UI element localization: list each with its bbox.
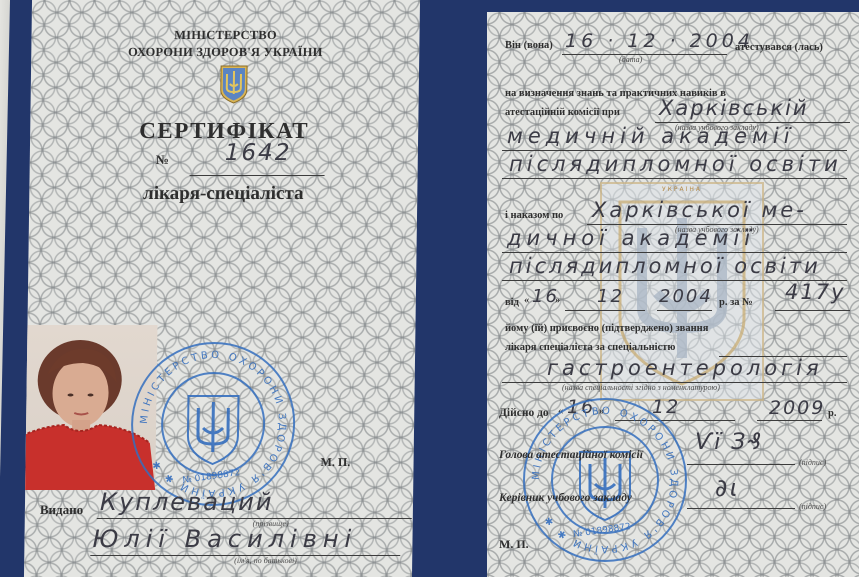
valid-year-underline (757, 420, 822, 421)
institution-head-signature: ∂ɩ (715, 474, 741, 502)
signature-hint-1: (підпис) (799, 458, 826, 467)
attest-date-underline (562, 54, 727, 55)
official-stamp-right: МІНІСТЕРСТВО ОХОРОНИ ЗДОРОВ'Я УКРАЇНИ ✱ … (523, 398, 687, 562)
holder-name: Юлії Василівні (92, 525, 357, 553)
order-year: 2004 (659, 286, 713, 307)
order-number-underline (775, 310, 850, 311)
certificate-number: 1642 (225, 140, 292, 166)
commission-head-label: Голова атестаційної комісії (499, 449, 643, 461)
specialty-hint: (назва спеціальності згідно з номенклату… (562, 383, 720, 392)
attested-label: атестувався (лась) (735, 42, 823, 53)
order-month-underline (565, 310, 645, 311)
order-from-label: від (505, 297, 519, 308)
number-label: № (156, 152, 169, 168)
ministry-line-1: МІНІСТЕРСТВО (31, 28, 419, 43)
commission-label: атестаційній комісії при (505, 107, 620, 118)
order-number-label: р. за № (719, 297, 753, 308)
specialist-label: лікаря спеціаліста за спеціальністю (505, 342, 675, 353)
institution-head-signature-line (687, 508, 795, 509)
order-label: і наказом по (505, 210, 563, 221)
date-hint: (дата) (619, 55, 642, 64)
certificate-subtitle: лікаря-спеціаліста (29, 183, 417, 205)
institution-head-label: Керівник учбового закладу (499, 492, 632, 504)
issued-label: Видано (40, 502, 83, 518)
name-hint: (ім'я, по батькові) (234, 556, 297, 565)
seal-place-label: М. П. (320, 455, 350, 470)
ministry-line-2: ОХОРОНИ ЗДОРОВ'Я УКРАЇНИ (31, 45, 419, 60)
certificate-right-page: УКРАЇНА Він (вона) 16 · 12 · 2004 (дата)… (487, 12, 859, 577)
quote-open: « (524, 295, 529, 306)
certificate-left-page: МІНІСТЕРСТВО ОХОРОНИ ЗДОРОВ'Я УКРАЇНИ СЕ… (24, 0, 420, 577)
order-institution-2: дичної академії (507, 226, 755, 250)
commission-institution-2: медичній академії (507, 124, 795, 148)
commission-underline-3 (502, 178, 847, 179)
order-institution-3: післядипломної освіти (509, 254, 821, 278)
number-underline (190, 175, 325, 176)
holder-surname: Куплеваций (100, 488, 274, 516)
signature-hint-2: (підпис) (799, 502, 826, 511)
specialty-value: гастроентерологія (547, 356, 823, 380)
quote-close: » (555, 295, 560, 306)
order-underline-2 (502, 252, 847, 253)
seal-place-label-right: М. П. (499, 537, 529, 552)
assigned-label: йому (їй) присвоєно (підтверджено) званн… (505, 323, 708, 334)
commission-institution-1: Харківській (659, 96, 809, 120)
order-institution-1: Харківської ме- (592, 198, 807, 222)
attestation-date: 16 · 12 · 2004 (565, 30, 754, 52)
order-year-underline (657, 310, 712, 311)
order-number: 417у (785, 280, 846, 304)
commission-underline-2 (502, 150, 847, 151)
watermark-text: УКРАЇНА (602, 186, 762, 193)
order-month: 12 (597, 286, 624, 307)
trident-coat-of-arms-icon (219, 64, 250, 104)
commission-head-signature-line (687, 464, 795, 465)
valid-year-suffix: р. (828, 408, 836, 419)
commission-institution-3: післядипломної освіти (509, 152, 842, 176)
valid-year: 2009 (769, 397, 825, 419)
he-she-label: Він (вона) (505, 40, 553, 51)
commission-head-signature: Ѵї З₰ (695, 430, 763, 455)
official-stamp: МІНІСТЕРСТВО ОХОРОНИ ЗДОРОВ'Я УКРАЇНИ ✱ … (130, 342, 296, 506)
